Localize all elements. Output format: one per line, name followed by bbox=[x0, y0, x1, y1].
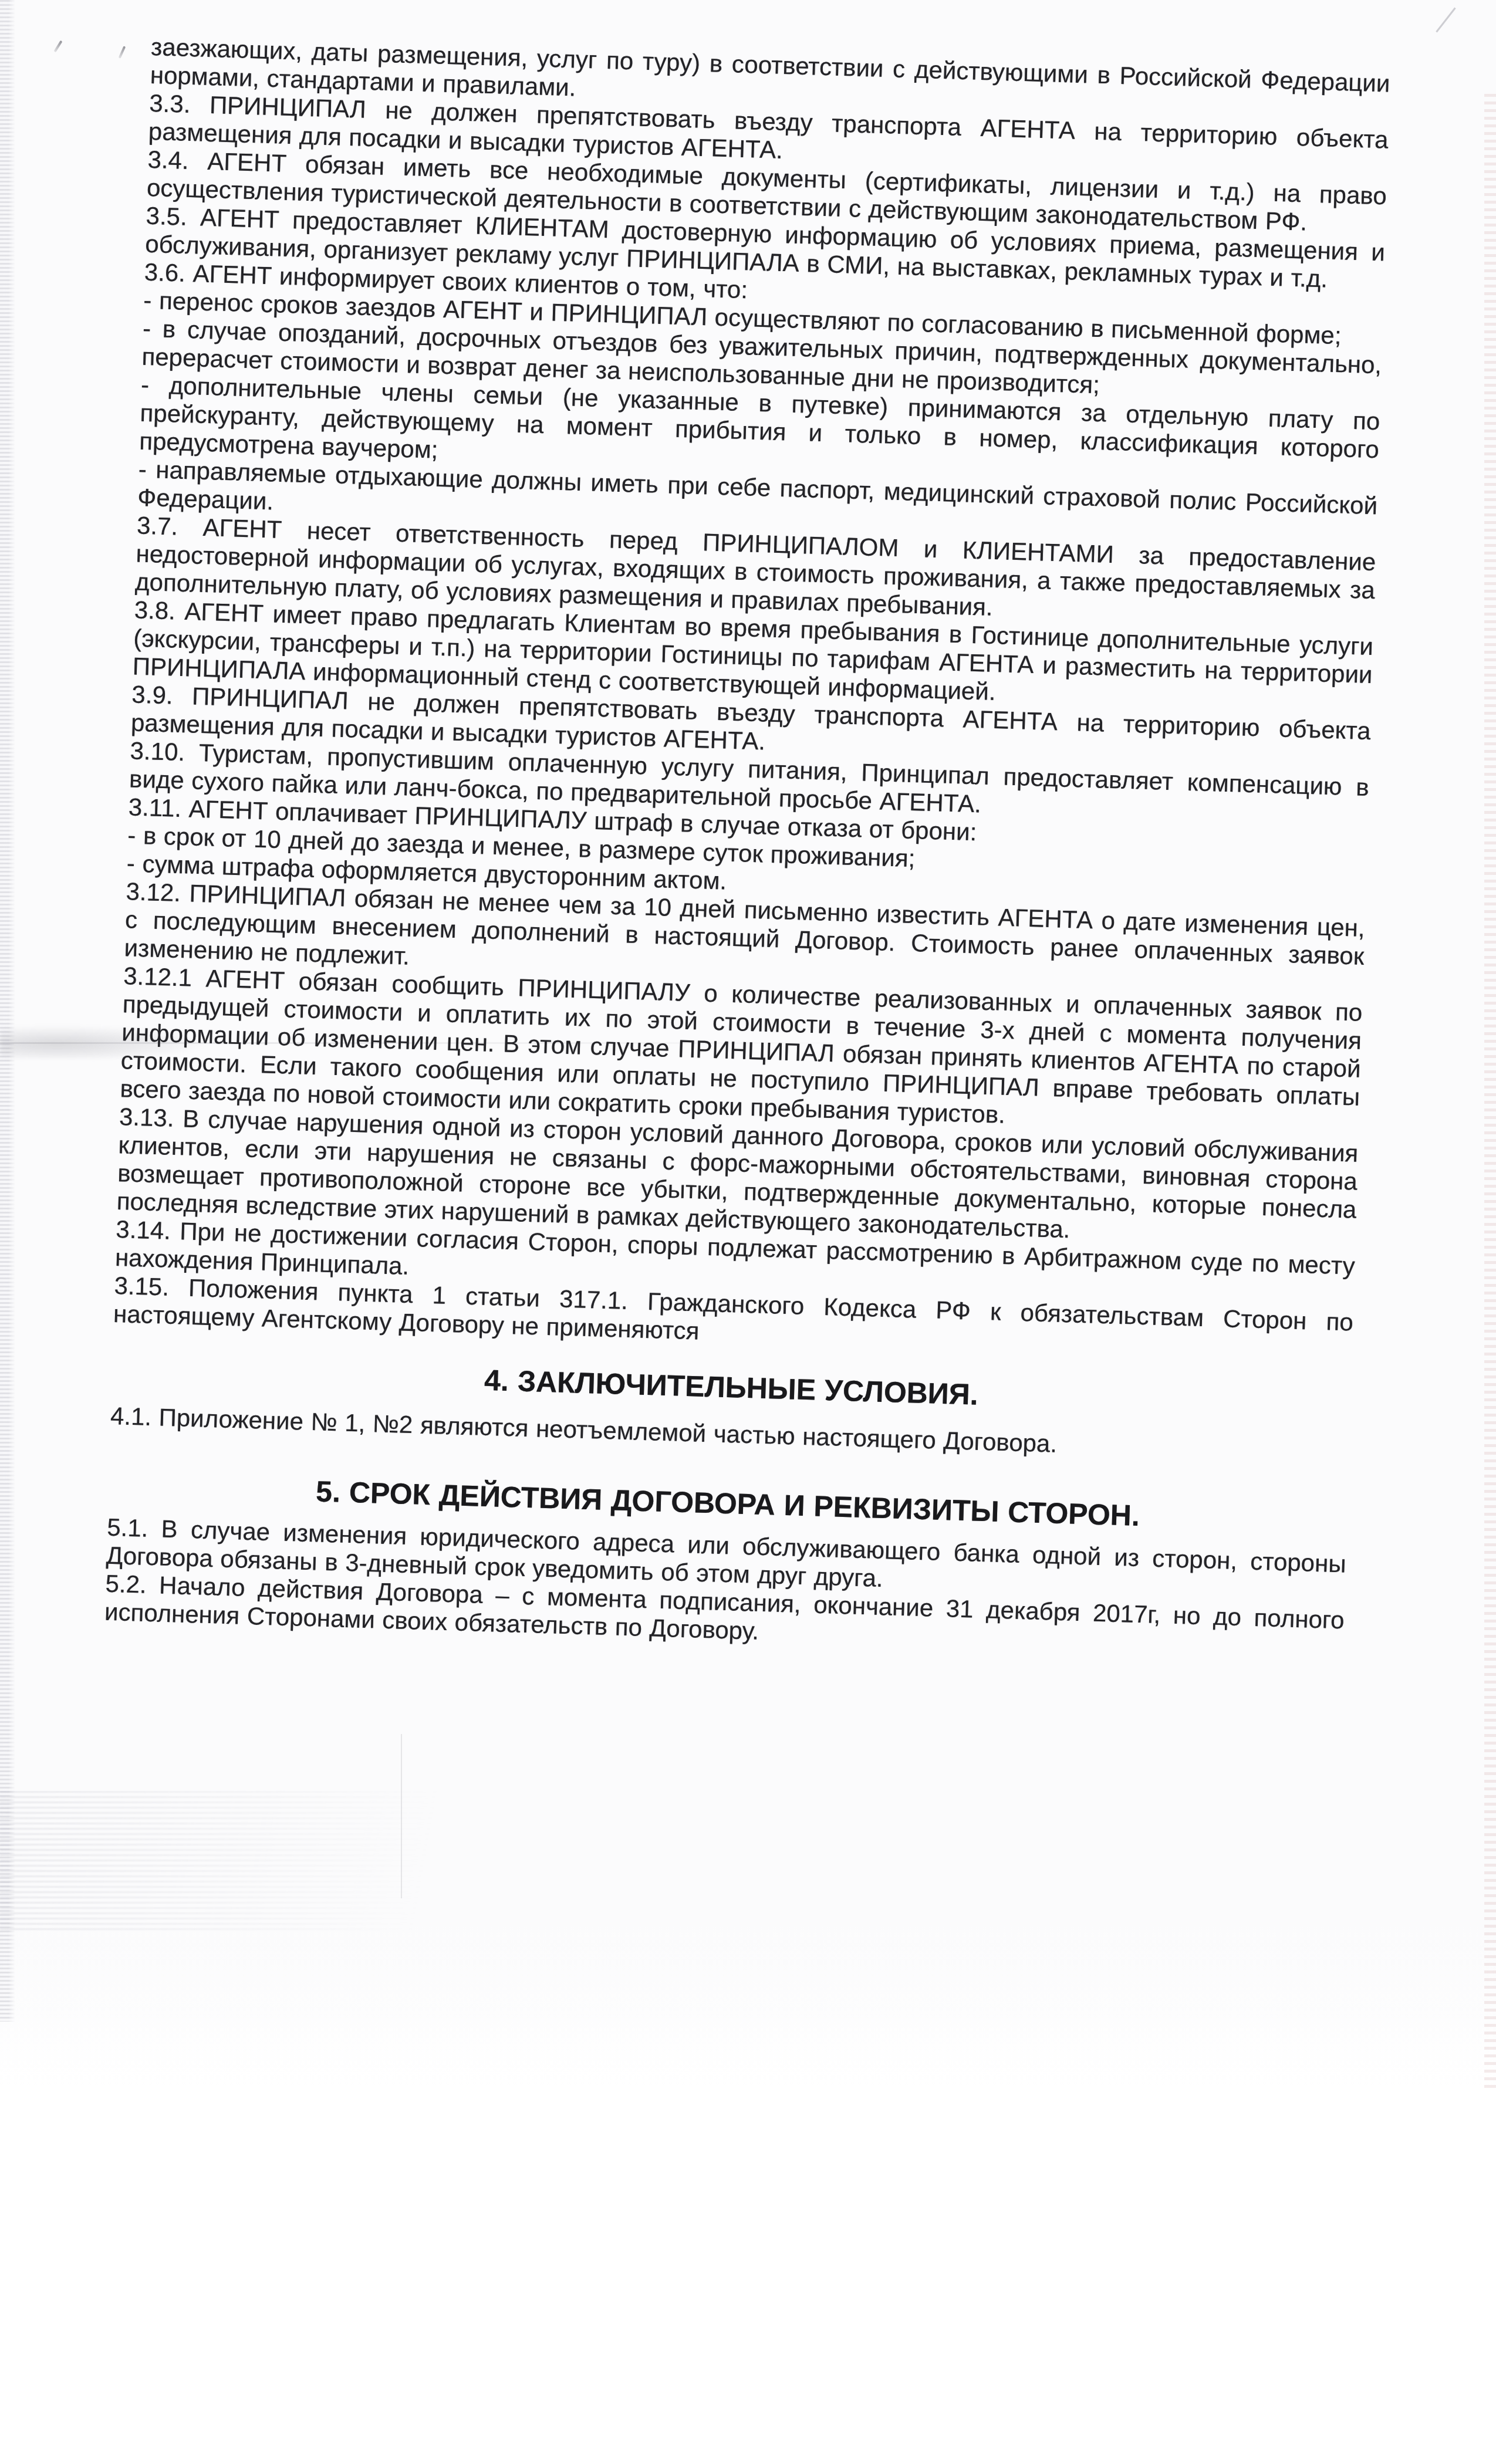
scanner-edge-right bbox=[1484, 94, 1496, 2089]
scanner-edge-left bbox=[0, 0, 15, 2022]
scanner-streak bbox=[401, 1734, 402, 1898]
paper-crease-band bbox=[0, 1791, 528, 1932]
contract-text-block: заезжающих, даты размещения, услуг по ту… bbox=[104, 33, 1390, 1662]
scanned-document-page: заезжающих, даты размещения, услуг по ту… bbox=[0, 0, 1496, 2464]
